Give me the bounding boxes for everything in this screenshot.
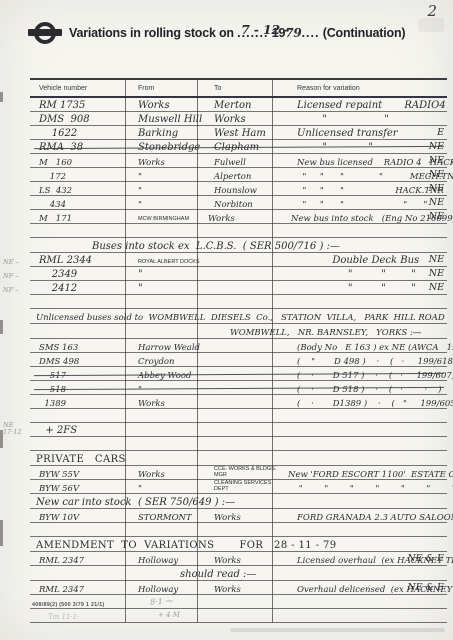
section-heading: AMENDMENT TO VARIATIONS FOR 28 - 11 - 79 [30, 540, 337, 551]
vehicle-number-cell: BYW 55V [30, 471, 134, 480]
table-row: M 160WorksFulwellNew bus licensed RADIO … [30, 154, 447, 168]
section-heading-row: AMENDMENT TO VARIATIONS FOR 28 - 11 - 79 [30, 537, 447, 552]
from-cell: Abbey Wood [134, 372, 210, 381]
from-cell: " [134, 201, 210, 210]
to-cell: Works [210, 586, 289, 595]
from-cell: ROYAL ALBERT DOCKS [134, 260, 204, 266]
reason-cell: New 'FORD ESCORT 1100' ESTATE CAR licens… [280, 471, 453, 480]
table-row: RMA 38StonebridgeClapham " "NE [30, 140, 447, 154]
table-row: BYW 55VWorksCCE. WORKS & BLDGS. MGRNew '… [30, 466, 447, 480]
vehicle-number-cell: RML 2347 [30, 586, 134, 595]
vehicle-number-cell: 517 [30, 372, 134, 381]
reason-cell: FORD GRANADA 2.3 AUTO SALOON. CHASSIS No… [289, 514, 453, 523]
from-cell: Holloway [134, 557, 210, 566]
blank-row [30, 609, 447, 623]
blank-row [30, 437, 447, 451]
allocation-flag: NE [429, 282, 444, 293]
to-cell: Clapham [210, 143, 289, 153]
table-row: NF – 2412" " " "NE [30, 281, 447, 295]
to-cell: CLEANING SERVICES DEPT [210, 481, 280, 493]
reason-cell: ( · D 518 ) · ( · · ) [289, 386, 441, 395]
from-cell: " [134, 270, 210, 280]
vehicle-number-cell: + 2FS [30, 426, 134, 436]
column-header-from: From [134, 85, 210, 92]
reason-cell: " " [289, 143, 373, 153]
rows: RM 1735WorksMertonLicensed repaint RADIO… [30, 98, 447, 623]
to-cell: Alperton [210, 173, 289, 182]
to-cell: West Ham [210, 129, 289, 139]
vehicle-number-cell: DMS 908 [30, 115, 134, 125]
to-cell: Hounslow [210, 187, 289, 196]
blank-row [30, 295, 447, 309]
allocation-flag: NE [429, 197, 444, 208]
scanned-form-page: Variations in rolling stock on .......7 … [0, 0, 453, 640]
blank-row [30, 595, 447, 609]
reason-cell: New bus into stock (Eng No 216099) [283, 215, 453, 224]
section-heading-row: should read :— [30, 566, 447, 581]
section-heading-row: PRIVATE CARS [30, 451, 447, 466]
table-row: 434"Norbiton " " " " "NE [30, 196, 447, 210]
margin-pencil-note: NF – [3, 287, 28, 294]
blank-row [30, 523, 447, 537]
table-row: 1622BarkingWest HamUnlicensed transferE [30, 126, 447, 140]
vehicle-number-cell: 1622 [30, 129, 134, 139]
section-heading: should read :— [30, 569, 256, 580]
vehicle-number-cell: SMS 163 [30, 344, 134, 353]
table-row: NE 17·12 + 2FS [30, 423, 447, 437]
scan-smudge [230, 628, 445, 632]
section-heading: PRIVATE CARS [30, 454, 126, 465]
margin-pencil-note: NE 17·12 [3, 422, 28, 436]
section-heading-row: Unlicensed buses sold to WOMBWELL DIESEL… [30, 309, 447, 324]
year-dotted-line: .... [302, 26, 320, 40]
table-row: 172"Alperton " " " " MECH.TNRNE [30, 168, 447, 182]
allocation-flag: NE [429, 141, 444, 152]
margin-pencil-note: NE – [3, 259, 28, 266]
section-heading-row: New car into stock ( SER 750/649 ) :— [30, 494, 447, 509]
table-row: LS 432"Hounslow " " " HACK.TNRNE [30, 182, 447, 196]
table-row: NE –RML 2344ROYAL ALBERT DOCKS Double De… [30, 253, 447, 267]
from-cell: " [134, 386, 210, 395]
column-header-vehicle: Vehicle number [30, 85, 134, 92]
table-row: 517Abbey Wood( · D 517 ) · ( · 199/607) [30, 367, 447, 381]
table-row: M 171MCW BIRMINGHAMWorksNew bus into sto… [30, 210, 447, 224]
section-heading: WOMBWELL, NR. BARNSLEY, YORKS :— [30, 328, 421, 338]
table-row: RM 1735WorksMertonLicensed repaint RADIO… [30, 98, 447, 112]
to-cell: Works [210, 115, 289, 125]
handwritten-page-number: 2 [427, 2, 437, 20]
to-cell: Norbiton [210, 201, 289, 210]
table-row: RML 2347HollowayWorksOverhaul delicensed… [30, 581, 447, 595]
from-cell: " [134, 485, 210, 494]
column-header-to: To [210, 85, 289, 92]
to-cell: CCE. WORKS & BLDGS. MGR [210, 467, 280, 479]
section-heading: New car into stock ( SER 750/649 ) :— [30, 497, 235, 508]
from-cell: Works [134, 400, 210, 409]
table-row: DMS 498Croydon( " D 498 ) · ( · 199/618) [30, 353, 447, 367]
reason-cell: " " " " " " " [280, 485, 453, 494]
reason-cell: (Body No E 163 ) ex NE (AWCA 199/611) [289, 344, 453, 353]
from-cell: Muswell Hill [134, 115, 210, 125]
london-transport-roundel-icon [28, 21, 62, 45]
reason-cell: Licensed repaint RADIO4 [289, 101, 446, 111]
from-cell: " [134, 284, 210, 294]
from-cell: Works [134, 471, 210, 480]
vehicle-number-cell: 2412 [30, 284, 134, 294]
table-row: NF – 2349" " " "NE [30, 267, 447, 281]
from-cell: " [134, 187, 210, 196]
from-cell: Holloway [134, 586, 210, 595]
form-header: Variations in rolling stock on .......7 … [28, 20, 448, 46]
table-row: RML 2347HollowayWorksLicensed overhaul (… [30, 552, 447, 566]
from-cell: Stonebridge [134, 143, 210, 153]
from-cell: Works [134, 159, 210, 168]
allocation-flag: NE [429, 169, 444, 180]
blank-row [30, 224, 447, 238]
vehicle-number-cell: RMA 38 [30, 143, 134, 153]
handwritten-date: 7 - 12 - [241, 22, 289, 37]
reason-cell: Unlicensed transfer [289, 129, 398, 139]
reason-cell: Double Deck Bus [283, 256, 419, 266]
table-row: DMS 908Muswell HillWorks " " [30, 112, 447, 126]
from-cell: Works [134, 101, 210, 111]
allocation-flag: NE [429, 268, 444, 279]
allocation-flag: NE & E [407, 553, 444, 564]
vehicle-number-cell: BYW 56V [30, 485, 134, 494]
to-cell: Merton [210, 101, 289, 111]
date-field: .......7 - 12 - [237, 26, 268, 40]
scan-edge-mark [0, 320, 3, 334]
continuation-label: (Continuation) [323, 26, 406, 40]
vehicle-number-cell: LS 432 [30, 187, 134, 196]
to-cell: Works [210, 514, 289, 523]
vehicle-number-cell: BYW 10V [30, 514, 134, 523]
vehicle-number-cell: RML 2347 [30, 557, 134, 566]
from-cell: Croydon [134, 358, 210, 367]
section-heading-row: WOMBWELL, NR. BARNSLEY, YORKS :— [30, 324, 447, 339]
margin-pencil-note: NF – [3, 273, 28, 280]
from-cell: STORMONT [134, 514, 210, 523]
scan-edge-mark [0, 92, 3, 102]
reason-cell: " " " HACK.TNR [289, 187, 444, 196]
vehicle-number-cell: 434 [30, 201, 134, 210]
scan-edge-mark [0, 520, 3, 546]
form-title-line: Variations in rolling stock on .......7 … [69, 26, 405, 40]
allocation-flag: E [437, 127, 444, 138]
reason-cell: " " " [289, 284, 416, 294]
reason-cell: ( · D1389 ) · ( " 199/605) [289, 400, 453, 409]
table-row: BYW 10VSTORMONTWorksFORD GRANADA 2.3 AUT… [30, 509, 447, 523]
reason-cell: ( " D 498 ) · ( · 199/618) [289, 358, 453, 367]
from-cell: Barking [134, 129, 210, 139]
vehicle-number-cell: M 171 [30, 215, 134, 224]
section-heading: Unlicensed buses sold to WOMBWELL DIESEL… [30, 313, 445, 323]
allocation-flag: NE & E [407, 582, 444, 593]
to-cell: Fulwell [210, 159, 289, 168]
allocation-flag: NE [429, 183, 444, 194]
to-cell: Works [204, 215, 283, 224]
vehicle-number-cell: M 160 [30, 159, 134, 168]
vehicle-number-cell: 518 [30, 386, 134, 395]
reason-cell: " " " [289, 270, 416, 280]
allocation-flag: NE [429, 211, 444, 222]
form-title: Variations in rolling stock on [69, 26, 234, 40]
from-cell: Harrow Weald [134, 344, 210, 353]
vehicle-number-cell: RM 1735 [30, 101, 134, 111]
section-heading-row: Buses into stock ex L.C.B.S. ( SER 500/7… [30, 238, 447, 253]
from-cell: MCW BIRMINGHAM [134, 217, 204, 223]
vehicle-number-cell: 1389 [30, 400, 134, 409]
allocation-flag: NE [429, 254, 444, 265]
reason-cell: ( · D 517 ) · ( · 199/607) [289, 372, 453, 381]
vehicle-number-cell: DMS 498 [30, 358, 134, 367]
reason-cell: " " [289, 115, 389, 125]
allocation-flag: NE [429, 155, 444, 166]
reason-cell: " " " " " [289, 201, 427, 210]
section-heading: Buses into stock ex L.C.B.S. ( SER 500/7… [30, 241, 340, 252]
blank-row [30, 409, 447, 423]
rolling-stock-table: Vehicle number From To Reason for variat… [30, 78, 447, 623]
table-header-row: Vehicle number From To Reason for variat… [30, 80, 447, 98]
column-header-reason: Reason for variation [289, 85, 360, 92]
table-row: 1389Works( · D1389 ) · ( " 199/605) [30, 395, 447, 409]
vehicle-number-cell: 172 [30, 173, 134, 182]
table-row: BYW 56V"CLEANING SERVICES DEPT " " " " "… [30, 480, 447, 494]
table-row: SMS 163Harrow Weald(Body No E 163 ) ex N… [30, 339, 447, 353]
to-cell: Works [210, 557, 289, 566]
table-row: 518"( · D 518 ) · ( · · ) [30, 381, 447, 395]
vehicle-number-cell: RML 2344 [30, 256, 134, 266]
vehicle-number-cell: 2349 [30, 270, 134, 280]
from-cell: " [134, 173, 210, 182]
